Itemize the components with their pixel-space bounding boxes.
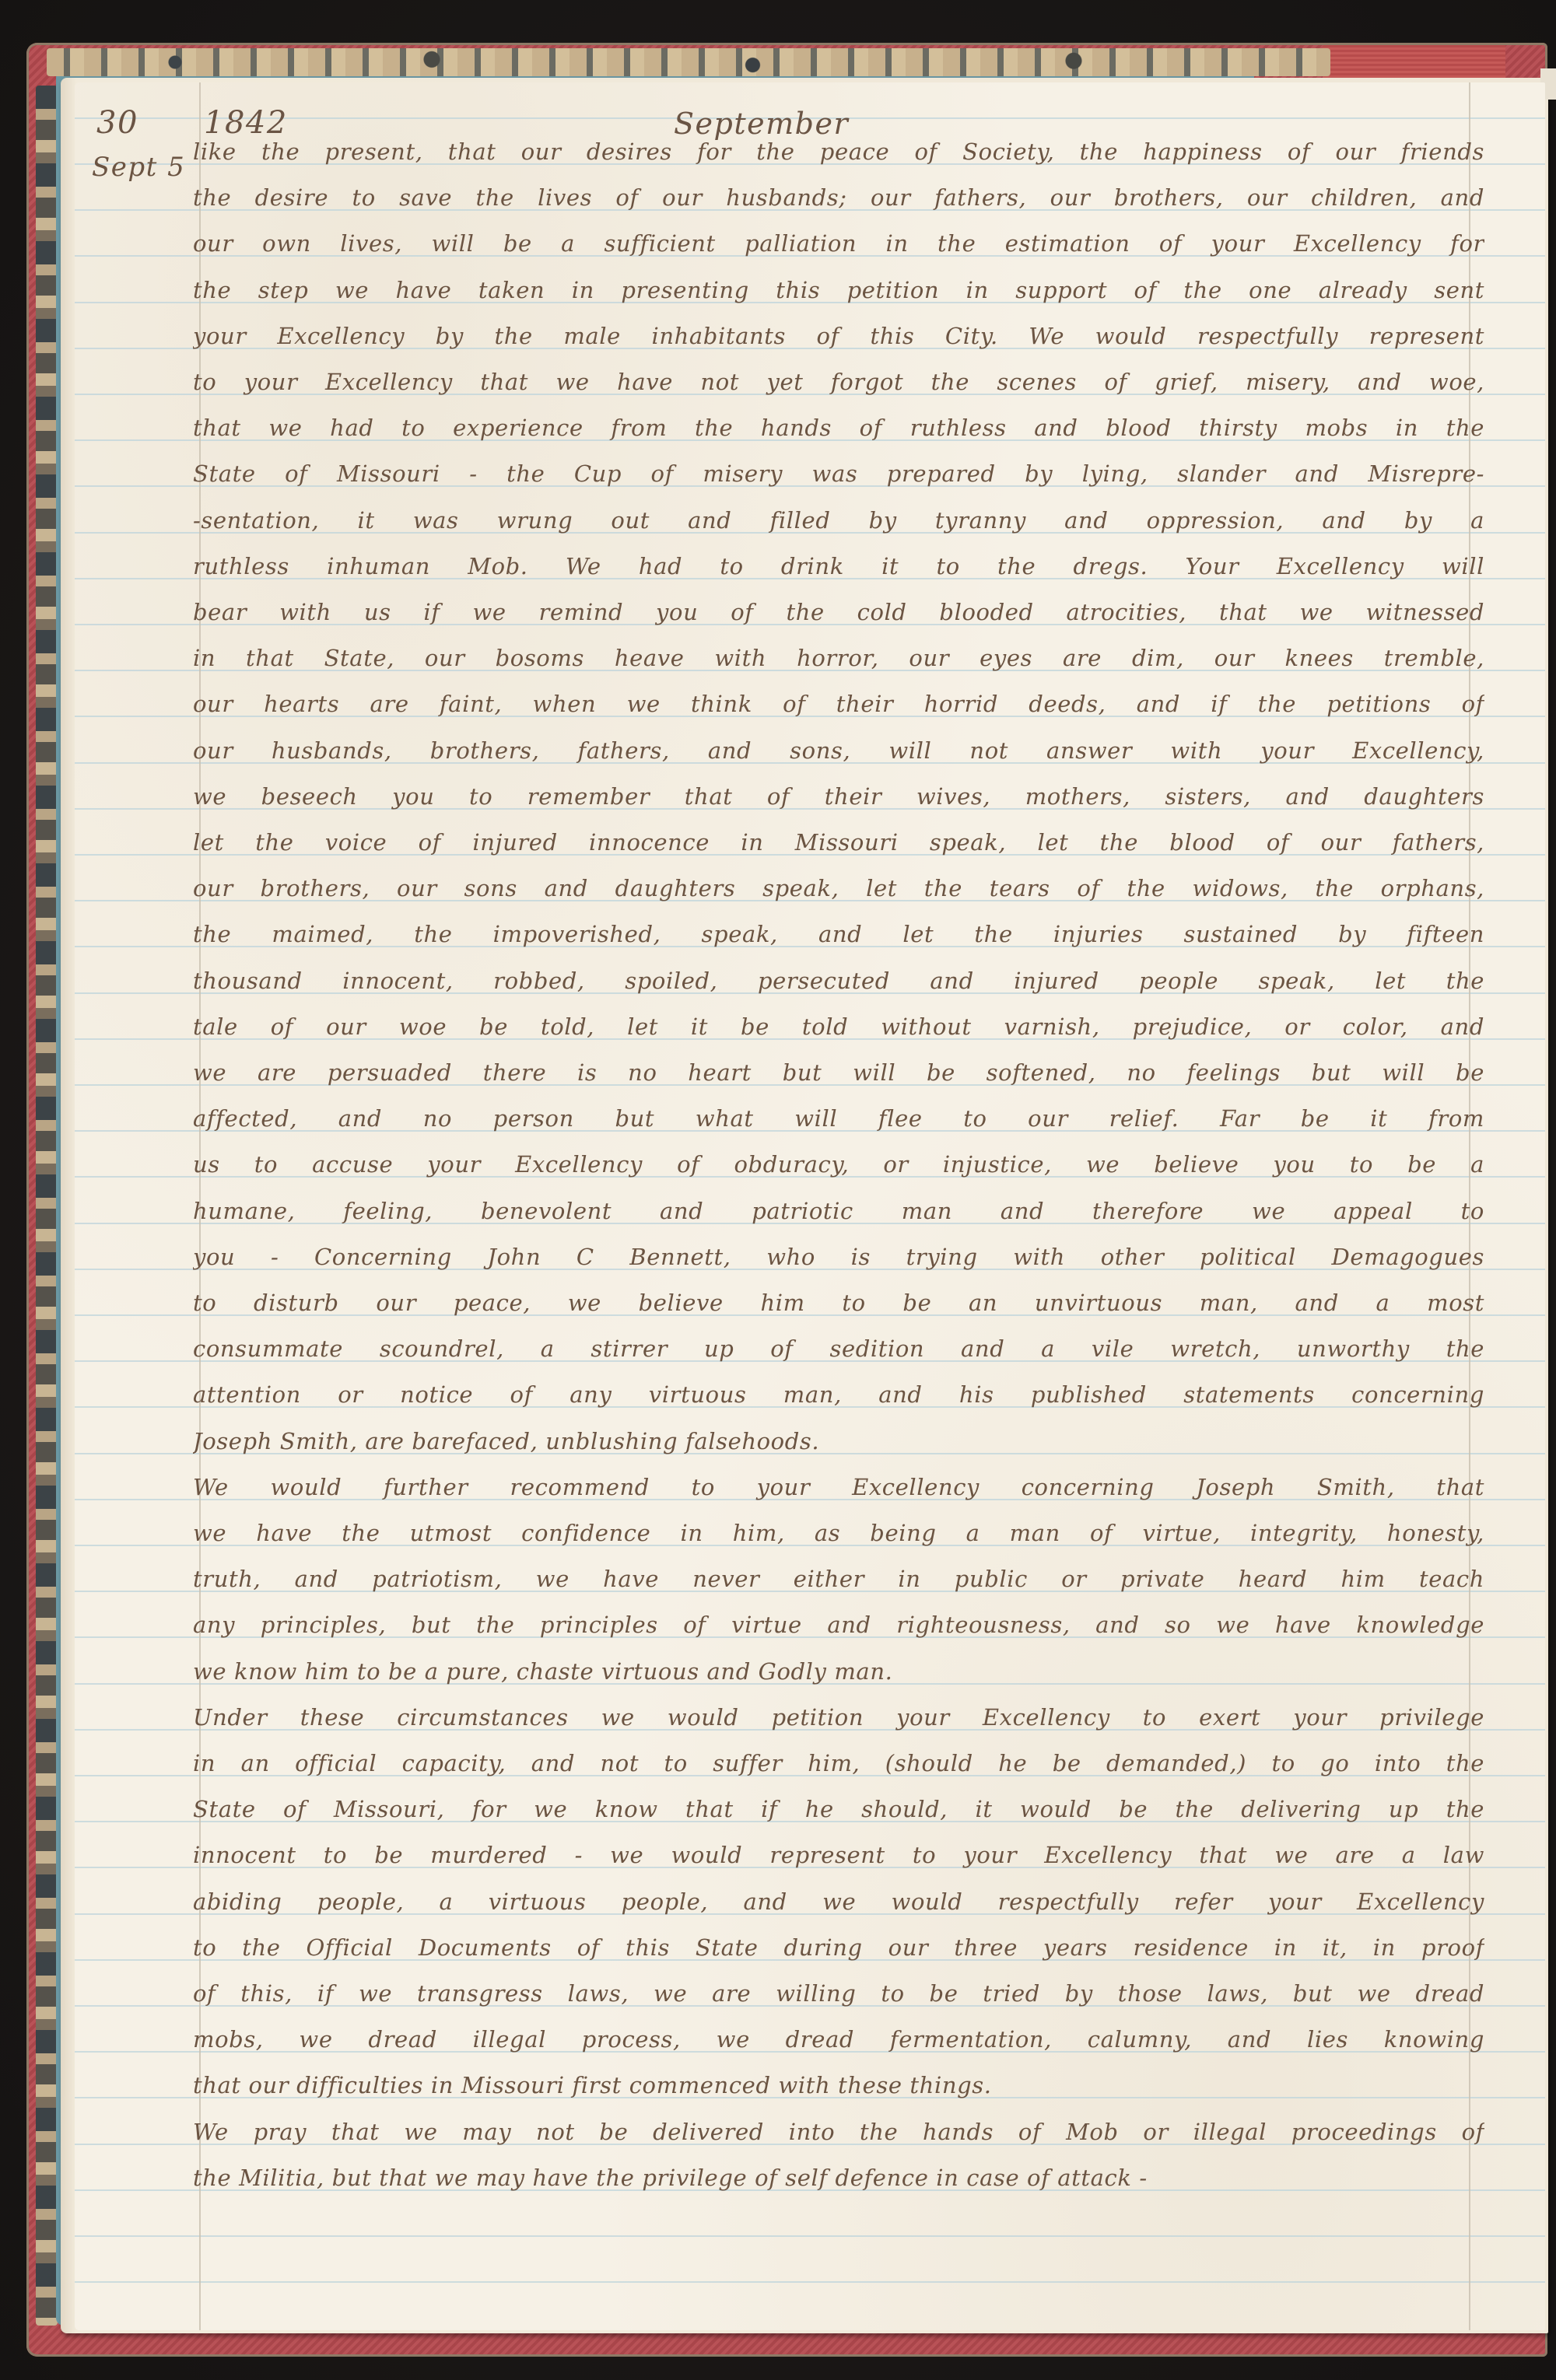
text-line: to disturb our peace, we believe him to …	[193, 1290, 1484, 1316]
text-line: Under these circumstances we would petit…	[193, 1704, 1484, 1731]
text-line: our hearts are faint, when we think of t…	[193, 691, 1484, 717]
text-line: to the Official Documents of this State …	[193, 1934, 1484, 1961]
text-line: the maimed, the impoverished, speak, and…	[193, 921, 1484, 947]
text-line: consummate scoundrel, a stirrer up of se…	[193, 1335, 1484, 1362]
text-line: We pray that we may not be delivered int…	[193, 2119, 1484, 2145]
text-line: like the present, that our desires for t…	[193, 138, 1484, 165]
text-line: we have the utmost confidence in him, as…	[193, 1520, 1484, 1546]
text-line: Joseph Smith, are barefaced, unblushing …	[193, 1428, 1484, 1454]
text-line: truth, and patriotism, we have never eit…	[193, 1566, 1484, 1592]
text-line: you - Concerning John C Bennett, who is …	[193, 1244, 1484, 1270]
text-line: tale of our woe be told, let it be told …	[193, 1013, 1484, 1040]
page-number: 30	[96, 107, 138, 138]
text-line: our own lives, will be a sufficient pall…	[193, 230, 1484, 257]
text-line: the desire to save the lives of our husb…	[193, 184, 1484, 211]
text-line: that our difficulties in Missouri first …	[193, 2072, 1484, 2098]
text-line: let the voice of injured innocence in Mi…	[193, 829, 1484, 856]
text-line: us to accuse your Excellency of obduracy…	[193, 1151, 1484, 1178]
text-line: bear with us if we remind you of the col…	[193, 599, 1484, 625]
month-heading: September	[674, 109, 849, 138]
text-line: in an official capacity, and not to suff…	[193, 1750, 1484, 1776]
text-line: any principles, but the principles of vi…	[193, 1612, 1484, 1638]
ledger-page: 30 1842 September Sept 5 like the presen…	[75, 82, 1545, 2330]
text-line: -sentation, it was wrung out and filled …	[193, 507, 1484, 534]
year-heading: 1842	[204, 107, 288, 138]
text-line: we beseech you to remember that of their…	[193, 783, 1484, 810]
text-line: we know him to be a pure, chaste virtuou…	[193, 1658, 1484, 1685]
text-line: State of Missouri - the Cup of misery wa…	[193, 460, 1484, 487]
marbled-endpaper-left	[36, 86, 58, 2326]
text-line: our brothers, our sons and daughters spe…	[193, 875, 1484, 901]
ruled-line	[75, 2281, 1545, 2283]
text-line: humane, feeling, benevolent and patrioti…	[193, 1198, 1484, 1224]
ruled-line	[75, 2235, 1545, 2237]
cover-spine-edge	[1323, 45, 1505, 80]
text-line: we are persuaded there is no heart but w…	[193, 1059, 1484, 1086]
date-label: Sept 5	[92, 154, 185, 180]
text-line: affected, and no person but what will fl…	[193, 1105, 1484, 1132]
marbled-endpaper-top	[47, 48, 1330, 76]
text-line: your Excellency by the male inhabitants …	[193, 323, 1484, 349]
text-line: of this, if we transgress laws, we are w…	[193, 1980, 1484, 2007]
text-line: mobs, we dread illegal process, we dread…	[193, 2026, 1484, 2053]
text-line: in that State, our bosoms heave with hor…	[193, 645, 1484, 671]
text-line: We would further recommend to your Excel…	[193, 1474, 1484, 1500]
text-line: the step we have taken in presenting thi…	[193, 277, 1484, 303]
text-line: State of Missouri, for we know that if h…	[193, 1796, 1484, 1822]
text-line: abiding people, a virtuous people, and w…	[193, 1888, 1484, 1915]
text-line: the Militia, but that we may have the pr…	[193, 2165, 1484, 2191]
text-line: attention or notice of any virtuous man,…	[193, 1381, 1484, 1408]
text-line: our husbands, brothers, fathers, and son…	[193, 737, 1484, 764]
text-line: innocent to be murdered - we would repre…	[193, 1842, 1484, 1868]
text-line: ruthless inhuman Mob. We had to drink it…	[193, 553, 1484, 579]
text-line: to your Excellency that we have not yet …	[193, 369, 1484, 395]
text-line: that we had to experience from the hands…	[193, 415, 1484, 441]
text-line: thousand innocent, robbed, spoiled, pers…	[193, 968, 1484, 994]
